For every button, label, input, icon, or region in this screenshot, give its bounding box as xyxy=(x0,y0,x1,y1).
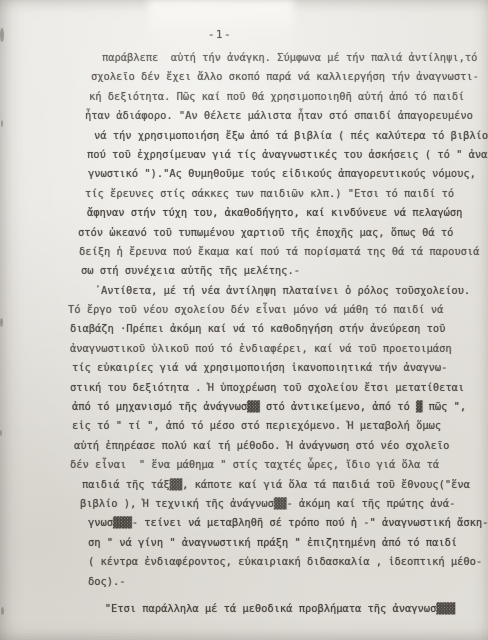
text-line: σχολεῖο δέν ἔχει ἄλλο σκοπό παρά νά καλλ… xyxy=(91,68,481,87)
text-line: στόν ὠκεανό τοῦ τυπωμένου χαρτιοῦ τῆς ἐπ… xyxy=(78,224,481,243)
text-line: βιβλίο ), Ἡ τεχνική τῆς ἀνάγνωσ▓▓- ἀκόμη… xyxy=(80,495,481,514)
text-line: πού τοῦ ἐχρησίμευαν γιά τίς ἀναγνωστικές… xyxy=(87,146,481,165)
scan-speck xyxy=(0,28,4,42)
text-line: "Ετσι παράλληλα μέ τά μεθοδικά προβλήματ… xyxy=(86,600,481,619)
text-line: γνωσ▓▓▓- τείνει νά μεταβληθῆ σέ τρόπο πο… xyxy=(88,514,481,533)
text-line: γνωστικό ")."Ας θυμηθοῦμε τούς εἰδικούς … xyxy=(88,165,481,184)
text-line: τίς ἔρευνες στίς σάκκες των παιδιῶν κλπ.… xyxy=(85,185,481,204)
text-line: παιδιά τῆς τάξ▓▓, κάποτε καί γιά ὅλα τά … xyxy=(82,476,481,495)
text-line: ἀναγνωστικοῦ ὑλικοῦ πού τό ἐνδιαφέρει, κ… xyxy=(70,340,481,359)
text-line: ση " νά γίνη " ἀναγνωστική πράξη " ἐπιζη… xyxy=(88,534,481,553)
text-line: δείξη ἡ ἔρευνα πού ἔκαμα καί πού τά πορί… xyxy=(79,243,481,262)
text-line: κή δεξιότητα. Πῶς καί ποῦ θά χρησιμοποιη… xyxy=(89,88,481,107)
text-line: τίς εὐκαιρίες γιά νά χρησιμοποιήση ἱκανο… xyxy=(72,359,481,378)
text-line: δέν εἶναι " ἕνα μάθημα " στίς ταχτές ὧρε… xyxy=(70,456,481,475)
text-line: σω στή συνέχεια αὐτῆς τῆς μελέτης.- xyxy=(81,262,481,281)
typewritten-text: παράβλεπε αὐτή τήν ἀνάγκη. Σύμφωνα μέ τή… xyxy=(76,49,481,619)
text-line: νά τήν χρησιμοποιήση ἔξω ἀπό τά βιβλία (… xyxy=(94,127,481,146)
text-line: Τό ἔργο τοῦ νέου σχολείου δέν εἶναι μόνο… xyxy=(68,301,481,320)
text-line: ἦταν ἀδιάφορο. "Αν θέλετε μάλιστα ἦταν σ… xyxy=(85,107,481,126)
text-line: ᾽Αντίθετα, μέ τή νέα ἀντίληψη πλαταίνει … xyxy=(76,282,481,301)
text-line: ἄφηναν στήν τύχη του, ἀκαθοδήγητο, καί κ… xyxy=(87,204,481,223)
text-line: ἀπό τό μηχανισμό τῆς ἀνάγνωσ▓▓ στό ἀντικ… xyxy=(72,398,481,417)
scan-speck xyxy=(0,318,3,327)
text-line: εἰς τό " τί ", ἀπό τό μέσο στό περιεχόμε… xyxy=(72,417,481,436)
text-line: στική του δεξιότητα . Ἡ ὑποχρέωση τοῦ σχ… xyxy=(70,379,481,398)
text-line: διαβάζη ·Πρέπει ἀκόμη καί νά τό καθοδηγή… xyxy=(70,320,481,339)
scanned-page: -1- παράβλεπε αὐτή τήν ἀνάγκη. Σύμφωνα μ… xyxy=(0,0,488,640)
text-line: ( κέντρα ἐνδιαφέροντος, εὐκαιριακή διδασ… xyxy=(88,553,481,572)
page-number: -1- xyxy=(198,28,242,41)
scan-speck xyxy=(1,607,4,615)
text-line: αὐτή ἐπηρέασε πολύ καί τή μέθοδο. Ἡ ἀνάγ… xyxy=(74,437,481,456)
text-line: παράβλεπε αὐτή τήν ἀνάγκη. Σύμφωνα μέ τή… xyxy=(102,49,481,68)
text-line: δος).- xyxy=(88,573,481,592)
scan-speck xyxy=(0,430,2,436)
scan-speck xyxy=(1,120,3,127)
